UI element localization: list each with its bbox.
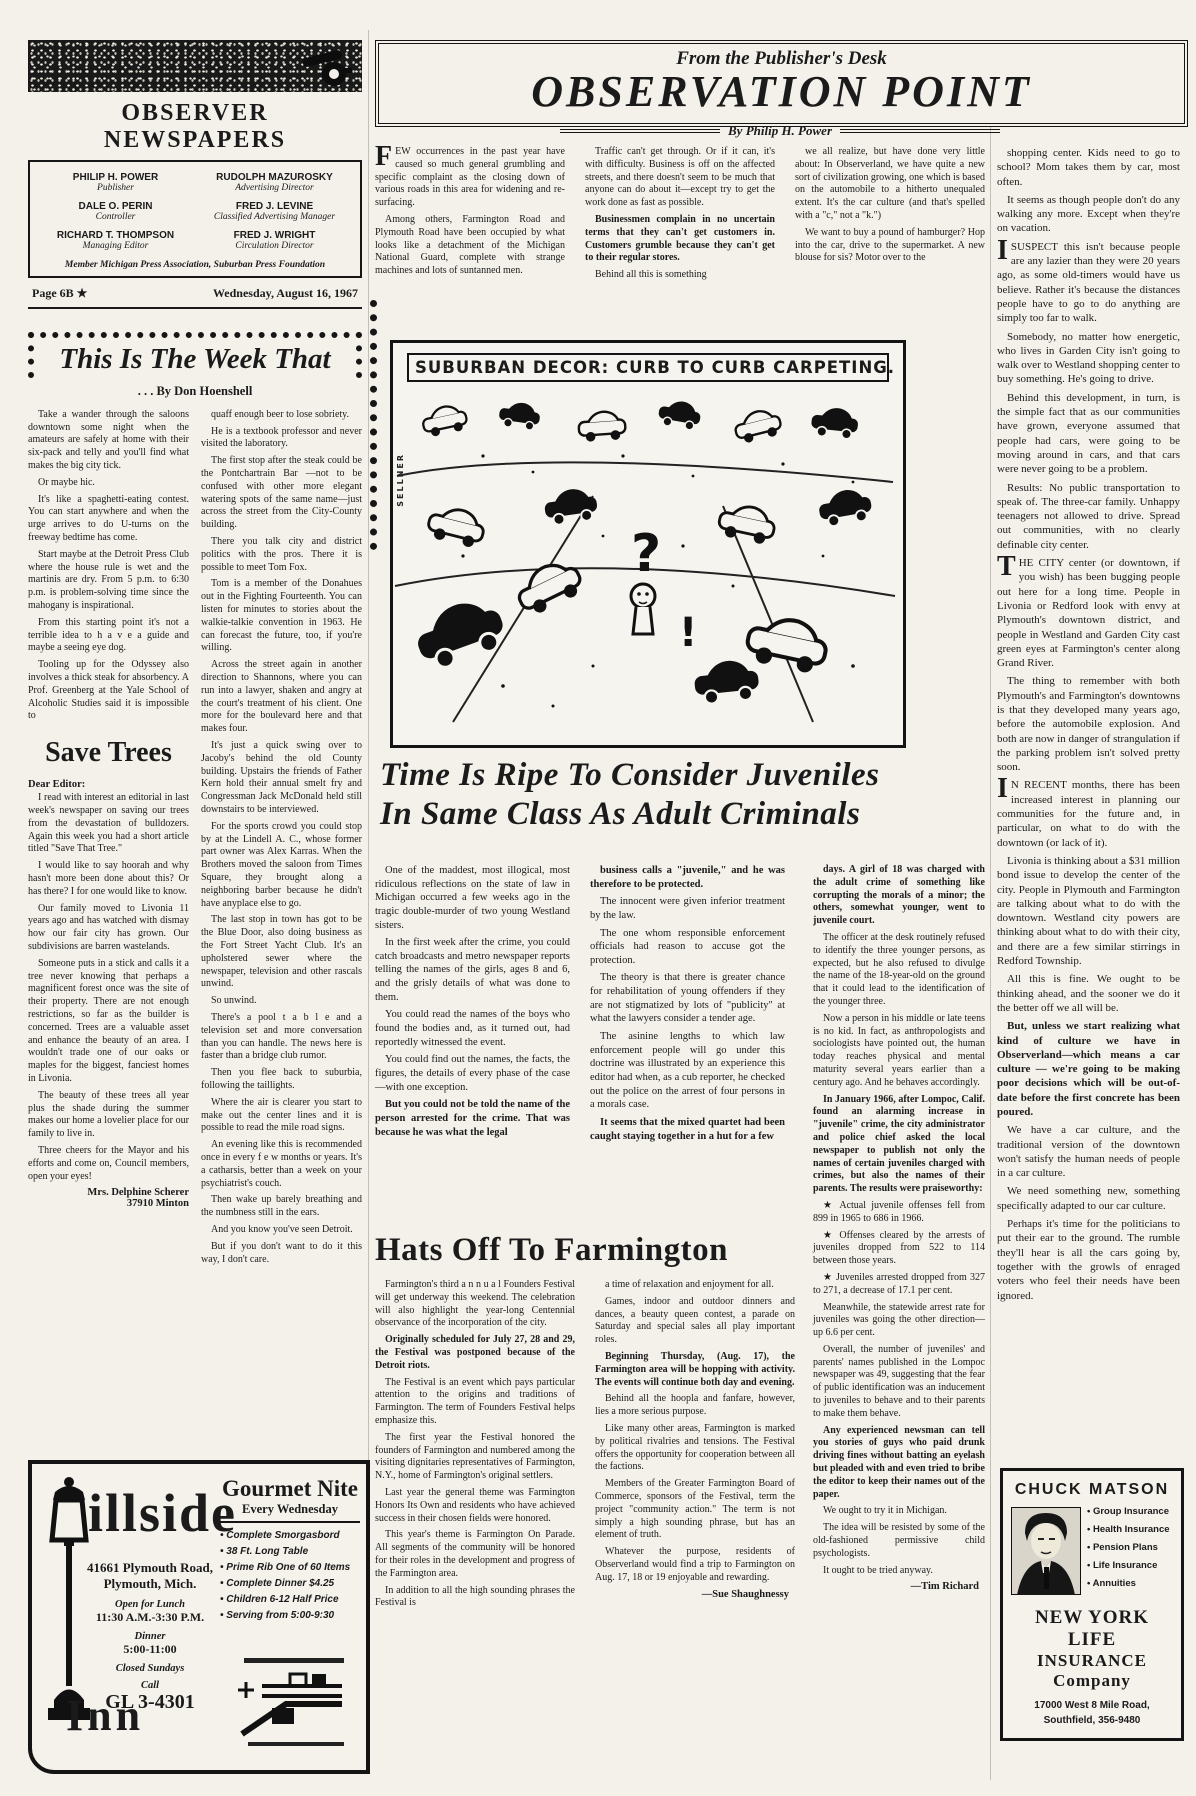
paragraph: The last stop in town has got to be the … bbox=[201, 914, 362, 991]
staff-member: RUDOLPH MAZUROSKY Advertising Director bbox=[195, 172, 354, 193]
matson-ad: CHUCK MATSON • Group Insurance• Health I… bbox=[1000, 1468, 1184, 1741]
paragraph: Games, indoor and outdoor dinners and da… bbox=[595, 1296, 795, 1347]
staff-member: FRED J. LEVINE Classified Advertising Ma… bbox=[195, 201, 354, 222]
staff-role: Circulation Director bbox=[195, 241, 354, 251]
editorial-cartoon: SUBURBAN DECOR: CURB TO CURB CARPETING. … bbox=[390, 340, 906, 748]
juveniles-columns: One of the maddest, most illogical, most… bbox=[375, 864, 785, 1147]
dinner-label: Dinner bbox=[70, 1631, 230, 1642]
paragraph: days. A girl of 18 was charged with the … bbox=[813, 864, 985, 928]
op-col4: shopping center. Kids need to go to scho… bbox=[997, 146, 1180, 1307]
week-that-title: This Is The Week That bbox=[38, 344, 352, 376]
cartoon-artist-signature: SELLNER bbox=[396, 453, 405, 507]
farmington-columns: Farmington's third a n n u a l Founders … bbox=[375, 1279, 795, 1614]
paragraph: So unwind. bbox=[201, 995, 362, 1008]
paragraph: • Life Insurance bbox=[1087, 1561, 1170, 1572]
paragraph: The innocent were given inferior treatme… bbox=[590, 895, 785, 922]
paragraph: In the first week after the crime, you c… bbox=[375, 936, 570, 1004]
paragraph: Then you flee back to suburbia, followin… bbox=[201, 1067, 362, 1093]
paragraph: But, unless we start realizing what kind… bbox=[997, 1019, 1180, 1119]
dinner-hours: 5:00-11:00 bbox=[70, 1642, 230, 1657]
paragraph: • Annuities bbox=[1087, 1579, 1170, 1590]
masthead-banner bbox=[28, 40, 362, 92]
exclamation-mark: ! bbox=[679, 610, 697, 656]
cannon-icon bbox=[300, 44, 356, 88]
portrait-photo bbox=[1011, 1507, 1081, 1595]
matson-services: • Group Insurance• Health Insurance• Pen… bbox=[1087, 1507, 1170, 1597]
staff-role: Advertising Director bbox=[195, 183, 354, 193]
hillside-address1: 41661 Plymouth Road, bbox=[70, 1560, 230, 1576]
lunch-label: Open for Lunch bbox=[70, 1599, 230, 1610]
staff-name: DALE O. PERIN bbox=[36, 201, 195, 212]
staff-name: FRED J. WRIGHT bbox=[195, 230, 354, 241]
hillside-name: illside bbox=[88, 1482, 237, 1544]
closed-note: Closed Sundays bbox=[70, 1663, 230, 1674]
gourmet-subtitle: Every Wednesday bbox=[220, 1502, 360, 1523]
paragraph: Beginning Thursday, (Aug. 17), the Farmi… bbox=[595, 1351, 795, 1389]
paragraph: Now a person in his middle or late teens… bbox=[813, 1013, 985, 1090]
paragraph: Like many other areas, Farmington is mar… bbox=[595, 1423, 795, 1474]
paragraph: Livonia is thinking about a $31 million … bbox=[997, 854, 1180, 968]
paragraph: Farmington's third a n n u a l Founders … bbox=[375, 1279, 575, 1330]
member-line: Member Michigan Press Association, Subur… bbox=[36, 260, 354, 270]
save-trees-letter: Save Trees Dear Editor: I read with inte… bbox=[28, 737, 189, 1209]
paragraph: Or maybe hic. bbox=[28, 477, 189, 490]
paragraph: a time of relaxation and enjoyment for a… bbox=[595, 1279, 795, 1292]
paragraph: IN RECENT months, there has been increas… bbox=[997, 778, 1180, 849]
farm-col2-wrap: a time of relaxation and enjoyment for a… bbox=[595, 1279, 795, 1614]
paragraph: Businessmen complain in no uncertain ter… bbox=[585, 214, 775, 265]
paragraph: I would like to say hoorah and why hasn'… bbox=[28, 860, 189, 898]
paragraph: The beauty of these trees all year plus … bbox=[28, 1090, 189, 1141]
paragraph: • Serving from 5:00-9:30 bbox=[220, 1610, 360, 1622]
lace-ornament bbox=[370, 300, 377, 550]
staff-box: PHILIP H. POWER Publisher RUDOLPH MAZURO… bbox=[28, 160, 362, 278]
newspaper-page: OBSERVER NEWSPAPERS PHILIP H. POWER Publ… bbox=[0, 0, 1196, 1796]
juv-col2: business calls a "juvenile," and he was … bbox=[590, 864, 785, 1147]
matson-address: 17000 West 8 Mile Road, Southfield, 356-… bbox=[1011, 1698, 1173, 1728]
week-that-byline: . . . By Don Hoenshell bbox=[28, 384, 362, 399]
op-top-columns: FEW occurrences in the past year have ca… bbox=[375, 146, 985, 286]
staff-grid: PHILIP H. POWER Publisher RUDOLPH MAZURO… bbox=[36, 172, 354, 251]
headline-line2: In Same Class As Adult Criminals bbox=[380, 795, 990, 834]
paragraph: THE CITY center (or downtown, if you wis… bbox=[997, 556, 1180, 670]
paragraph: ★ Actual juvenile offenses fell from 899… bbox=[813, 1200, 985, 1226]
lunch-hours: 11:30 A.M.-3:30 P.M. bbox=[70, 1610, 230, 1625]
drop-cap: T bbox=[997, 556, 1019, 578]
staff-role: Classified Advertising Manager bbox=[195, 212, 354, 222]
save-trees-title: Save Trees bbox=[28, 737, 189, 769]
gourmet-nite-block: Gourmet Nite Every Wednesday • Complete … bbox=[220, 1476, 360, 1626]
hillside-inn-ad: illside 41661 Plymouth Road, Plymouth, M… bbox=[28, 1460, 370, 1774]
farmington-article: Hats Off To Farmington Farmington's thir… bbox=[375, 1232, 795, 1614]
paragraph: The theory is that there is greater chan… bbox=[590, 971, 785, 1026]
letter-signature: Mrs. Delphine Scherer 37910 Minton bbox=[28, 1187, 189, 1209]
week-col2: quaff enough beer to lose sobriety.He is… bbox=[201, 409, 362, 1270]
paragraph: • Children 6-12 Half Price bbox=[220, 1594, 360, 1606]
salutation: Dear Editor: bbox=[28, 779, 189, 790]
paragraph: It seems as though people don't do any w… bbox=[997, 193, 1180, 236]
paragraph: • Pension Plans bbox=[1087, 1543, 1170, 1554]
paragraph: From this starting point it's not a terr… bbox=[28, 617, 189, 655]
paragraph: • 38 Ft. Long Table bbox=[220, 1546, 360, 1558]
week-col1: Take a wander through the saloons downto… bbox=[28, 409, 189, 723]
staff-member: FRED J. WRIGHT Circulation Director bbox=[195, 230, 354, 251]
gourmet-items: • Complete Smorgasbord• 38 Ft. Long Tabl… bbox=[220, 1530, 360, 1622]
week-that-column: This Is The Week That . . . By Don Hoens… bbox=[28, 332, 362, 1270]
company-line1: NEW YORK LIFE bbox=[1011, 1607, 1173, 1651]
paragraph: All this is fine. We ought to be thinkin… bbox=[997, 972, 1180, 1015]
paragraph: We ought to try it in Michigan. bbox=[813, 1505, 985, 1518]
staff-name: FRED J. LEVINE bbox=[195, 201, 354, 212]
staff-name: RICHARD T. THOMPSON bbox=[36, 230, 195, 241]
paragraph: But you could not be told the name of th… bbox=[375, 1098, 570, 1139]
staff-role: Controller bbox=[36, 212, 195, 222]
cartoon-drawing: ? ! bbox=[393, 386, 897, 726]
save-trees-body: I read with interest an editorial in las… bbox=[28, 792, 189, 1183]
op-col1: FEW occurrences in the past year have ca… bbox=[375, 146, 565, 286]
paragraph: • Group Insurance bbox=[1087, 1507, 1170, 1518]
signature-address: 37910 Minton bbox=[28, 1198, 189, 1209]
paragraph: ★ Juveniles arrested dropped from 327 to… bbox=[813, 1272, 985, 1298]
juv-col3-wrap: days. A girl of 18 was charged with the … bbox=[813, 864, 985, 1592]
call-label: Call bbox=[70, 1680, 230, 1691]
paragraph: Any experienced newsman can tell you sto… bbox=[813, 1425, 985, 1502]
kid-figure bbox=[631, 584, 655, 634]
paragraph: An evening like this is recommended once… bbox=[201, 1139, 362, 1190]
masthead: OBSERVER NEWSPAPERS PHILIP H. POWER Publ… bbox=[28, 40, 362, 309]
juv-col3: days. A girl of 18 was charged with the … bbox=[813, 864, 985, 1577]
matson-address1: 17000 West 8 Mile Road, bbox=[1011, 1698, 1173, 1713]
farmington-signoff: —Sue Shaughnessy bbox=[595, 1589, 795, 1600]
paragraph: This year's theme is Farmington On Parad… bbox=[375, 1529, 575, 1580]
paragraph: The first stop after the steak could be … bbox=[201, 455, 362, 532]
matson-title: CHUCK MATSON bbox=[1011, 1481, 1173, 1499]
paragraph: • Health Insurance bbox=[1087, 1525, 1170, 1536]
hillside-inn-word: Inn bbox=[66, 1690, 144, 1741]
signature-name: Mrs. Delphine Scherer bbox=[28, 1187, 189, 1198]
staff-member: PHILIP H. POWER Publisher bbox=[36, 172, 195, 193]
op-col2: Traffic can't get through. Or if it can,… bbox=[585, 146, 775, 286]
paragraph: Tooling up for the Odyssey also involves… bbox=[28, 659, 189, 723]
juveniles-signoff: —Tim Richard bbox=[813, 1581, 985, 1592]
paragraph: • Complete Smorgasbord bbox=[220, 1530, 360, 1542]
farm-col1: Farmington's third a n n u a l Founders … bbox=[375, 1279, 575, 1614]
gourmet-title: Gourmet Nite bbox=[220, 1476, 360, 1502]
cartoon-caption: SUBURBAN DECOR: CURB TO CURB CARPETING. bbox=[407, 353, 889, 382]
paragraph: Our family moved to Livonia 11 years ago… bbox=[28, 903, 189, 954]
byline-rule bbox=[840, 129, 1000, 133]
op-byline: By Philip H. Power bbox=[728, 123, 832, 139]
paragraph: It seems that the mixed quartet had been… bbox=[590, 1116, 785, 1143]
paragraph: we all realize, but have done very littl… bbox=[795, 146, 985, 223]
week-that-columns: Take a wander through the saloons downto… bbox=[28, 409, 362, 1270]
op-title: OBSERVATION POINT bbox=[379, 70, 1184, 115]
newspaper-title: OBSERVER NEWSPAPERS bbox=[28, 100, 362, 154]
paragraph: • Prime Rib One of 60 Items bbox=[220, 1562, 360, 1574]
paragraph: Tom is a member of the Donahues out in t… bbox=[201, 578, 362, 655]
paragraph: There's a pool t a b l e and a televisio… bbox=[201, 1012, 362, 1063]
staff-member: RICHARD T. THOMPSON Managing Editor bbox=[36, 230, 195, 251]
farm-col2: a time of relaxation and enjoyment for a… bbox=[595, 1279, 795, 1585]
paragraph: It's like a spaghetti-eating contest. Yo… bbox=[28, 494, 189, 545]
paragraph: We need something new, something specifi… bbox=[997, 1184, 1180, 1213]
paragraph: quaff enough beer to lose sobriety. bbox=[201, 409, 362, 422]
paragraph: We have a car culture, and the tradition… bbox=[997, 1123, 1180, 1180]
paragraph: business calls a "juvenile," and he was … bbox=[590, 864, 785, 891]
paragraph: Meanwhile, the statewide arrest rate for… bbox=[813, 1302, 985, 1340]
staff-name: RUDOLPH MAZUROSKY bbox=[195, 172, 354, 183]
farmington-headline: Hats Off To Farmington bbox=[375, 1232, 795, 1269]
paragraph: Someone puts in a stick and calls it a t… bbox=[28, 958, 189, 1086]
paragraph: The thing to remember with both Plymouth… bbox=[997, 674, 1180, 774]
paragraph: • Complete Dinner $4.25 bbox=[220, 1578, 360, 1590]
drop-cap: I bbox=[997, 778, 1011, 800]
paragraph: Traffic can't get through. Or if it can,… bbox=[585, 146, 775, 210]
left-col-1: Take a wander through the saloons downto… bbox=[28, 409, 189, 1270]
paragraph: The Festival is an event which pays part… bbox=[375, 1377, 575, 1428]
juveniles-headline: Time Is Ripe To Consider Juveniles In Sa… bbox=[380, 756, 990, 834]
paragraph: Behind all the hoopla and fanfare, howev… bbox=[595, 1393, 795, 1419]
paragraph: Perhaps it's time for the politicians to… bbox=[997, 1217, 1180, 1303]
column-rule bbox=[990, 40, 991, 1780]
paragraph: Then wake up barely breathing and the nu… bbox=[201, 1194, 362, 1220]
matson-address2: Southfield, 356-9480 bbox=[1011, 1713, 1173, 1728]
headline-line1: Time Is Ripe To Consider Juveniles bbox=[380, 756, 990, 795]
paragraph: Overall, the number of juveniles' and pa… bbox=[813, 1344, 985, 1421]
drop-cap: I bbox=[997, 240, 1011, 262]
paragraph: One of the maddest, most illogical, most… bbox=[375, 864, 570, 932]
staff-member: DALE O. PERIN Controller bbox=[36, 201, 195, 222]
page-number: Page 6B ★ bbox=[32, 286, 87, 301]
paragraph: It ought to be tried anyway. bbox=[813, 1565, 985, 1578]
paragraph: Last year the general theme was Farmingt… bbox=[375, 1487, 575, 1525]
paragraph: We want to buy a pound of hamburger? Hop… bbox=[795, 227, 985, 265]
paragraph: You could find out the names, the facts,… bbox=[375, 1053, 570, 1094]
op-byline-row: By Philip H. Power bbox=[560, 123, 1000, 139]
paragraph: shopping center. Kids need to go to scho… bbox=[997, 146, 1180, 189]
paragraph: There you talk city and district politic… bbox=[201, 536, 362, 574]
paragraph: And you know you've seen Detroit. bbox=[201, 1224, 362, 1237]
paragraph: ISUSPECT this isn't because people are a… bbox=[997, 240, 1180, 326]
paragraph: The officer at the desk routinely refuse… bbox=[813, 932, 985, 1009]
drop-cap: F bbox=[375, 146, 395, 168]
week-that-header: This Is The Week That bbox=[28, 332, 362, 378]
paragraph: Across the street again in another direc… bbox=[201, 659, 362, 736]
paragraph: The one whom responsible enforcement off… bbox=[590, 927, 785, 968]
juv-col1: One of the maddest, most illogical, most… bbox=[375, 864, 570, 1147]
paragraph: Somebody, no matter how energetic, who l… bbox=[997, 330, 1180, 387]
paragraph: In January 1966, after Lompoc, Calif. fo… bbox=[813, 1094, 985, 1196]
paragraph: I read with interest an editorial in las… bbox=[28, 792, 189, 856]
paragraph: You could read the names of the boys who… bbox=[375, 1008, 570, 1049]
paragraph: Whatever the purpose, residents of Obser… bbox=[595, 1546, 795, 1584]
paragraph: Behind all this is something bbox=[585, 269, 775, 282]
paragraph: Where the air is clearer you start to ma… bbox=[201, 1097, 362, 1135]
paragraph: ★ Offenses cleared by the arrests of juv… bbox=[813, 1230, 985, 1268]
page-date: Wednesday, August 16, 1967 bbox=[213, 286, 358, 301]
paragraph: But if you don't want to do it this way,… bbox=[201, 1241, 362, 1267]
staff-name: PHILIP H. POWER bbox=[36, 172, 195, 183]
paragraph: Take a wander through the saloons downto… bbox=[28, 409, 189, 473]
paragraph: Members of the Greater Farmington Board … bbox=[595, 1478, 795, 1542]
byline-rule bbox=[560, 129, 720, 133]
paragraph: The idea will be resisted by some of the… bbox=[813, 1522, 985, 1560]
paragraph: For the sports crowd you could stop by a… bbox=[201, 821, 362, 911]
paragraph: The asinine lengths to which law enforce… bbox=[590, 1030, 785, 1112]
paragraph: Originally scheduled for July 27, 28 and… bbox=[375, 1334, 575, 1372]
observation-point-header: From the Publisher's Desk OBSERVATION PO… bbox=[375, 40, 1188, 127]
staff-role: Managing Editor bbox=[36, 241, 195, 251]
paragraph: It's just a quick swing over to Jacoby's… bbox=[201, 740, 362, 817]
matson-row: • Group Insurance• Health Insurance• Pen… bbox=[1011, 1507, 1173, 1597]
paragraph: FEW occurrences in the past year have ca… bbox=[375, 146, 565, 210]
op-col3: we all realize, but have done very littl… bbox=[795, 146, 985, 286]
hillside-address2: Plymouth, Mich. bbox=[70, 1576, 230, 1592]
paragraph: Three cheers for the Mayor and his effor… bbox=[28, 1145, 189, 1183]
question-mark: ? bbox=[631, 524, 661, 584]
paragraph: He is a textbook professor and never vis… bbox=[201, 426, 362, 452]
paragraph: Results: No public transportation to spe… bbox=[997, 481, 1180, 552]
staff-role: Publisher bbox=[36, 183, 195, 193]
company-line2: INSURANCE Company bbox=[1011, 1651, 1173, 1691]
paragraph: In addition to all the high sounding phr… bbox=[375, 1585, 575, 1611]
paragraph: Among others, Farmington Road and Plymou… bbox=[375, 214, 565, 278]
paragraph: Behind this development, in turn, is the… bbox=[997, 391, 1180, 477]
location-map-icon bbox=[232, 1656, 354, 1748]
paragraph: The first year the Festival honored the … bbox=[375, 1432, 575, 1483]
pageline: Page 6B ★ Wednesday, August 16, 1967 bbox=[28, 278, 362, 309]
paragraph: Start maybe at the Detroit Press Club wh… bbox=[28, 549, 189, 613]
